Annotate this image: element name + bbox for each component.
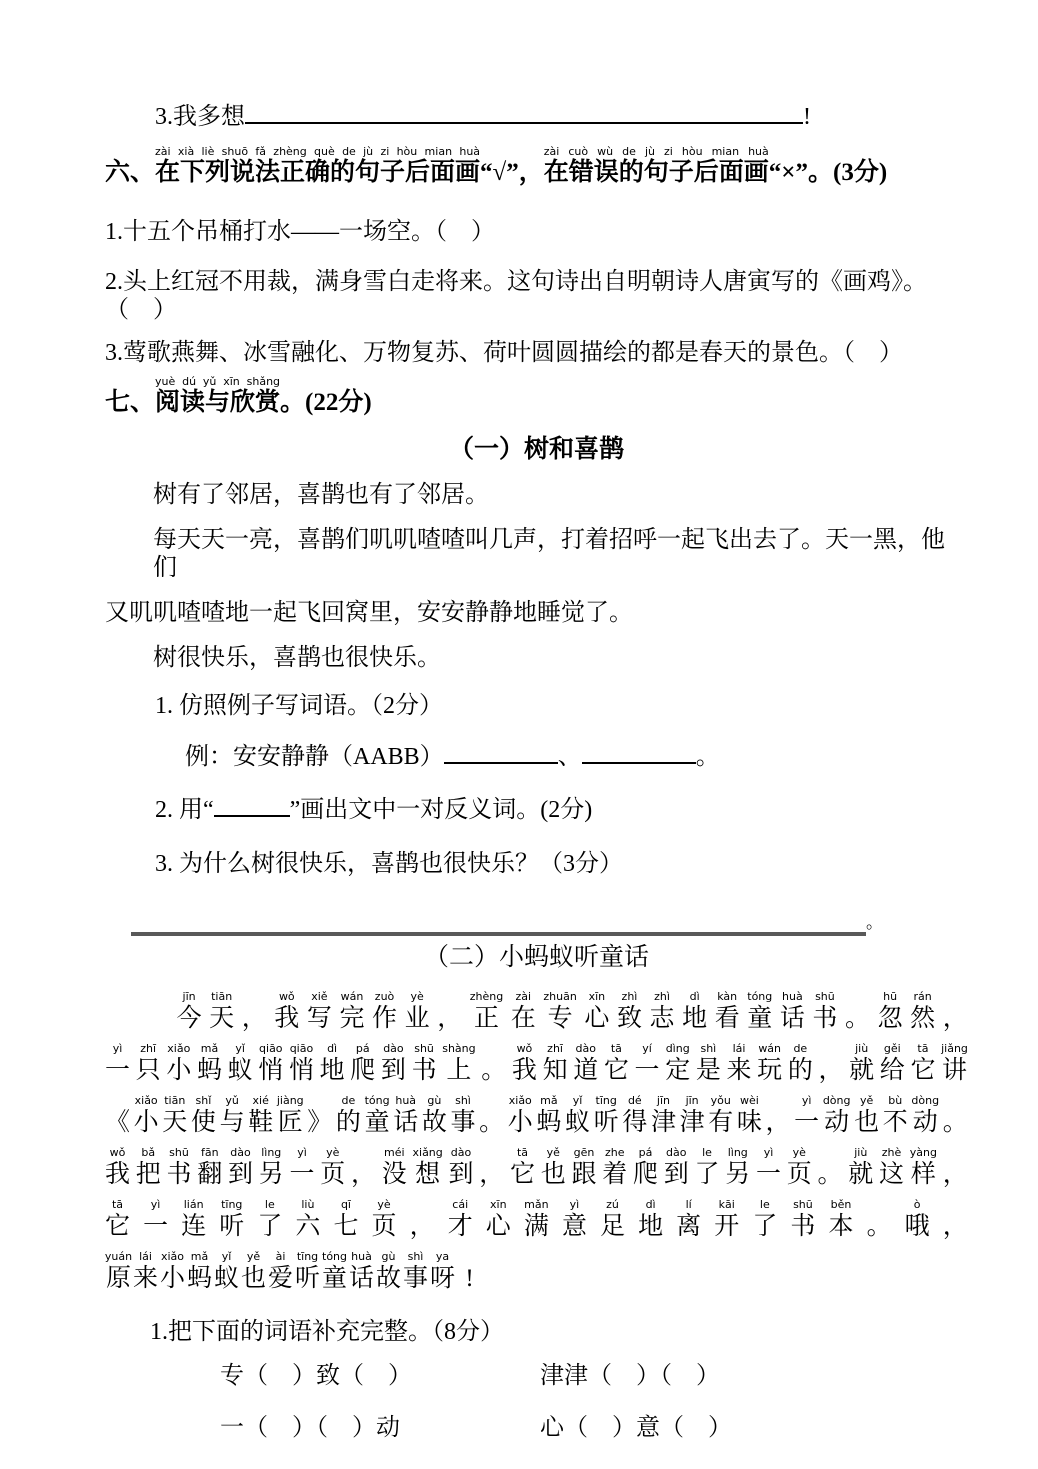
ruby-char: jīn今: [177, 990, 202, 1034]
fill-suffix: !: [803, 104, 811, 130]
ruby-char: xīn心: [584, 990, 609, 1034]
ruby-char: ，: [943, 990, 968, 1034]
ruby-char: yǐ蚁: [565, 1094, 590, 1138]
q2-inline-blank: [214, 793, 290, 817]
ruby-char: tīng听: [594, 1094, 619, 1138]
ruby-char: zhe着: [602, 1146, 627, 1190]
pinyin-annotation: yuè dú yǔ xīn shǎng: [155, 375, 280, 388]
ruby-char: ，: [479, 1146, 504, 1190]
ruby-char: mǎ蚂: [186, 1250, 213, 1294]
ruby-char: dòng动: [823, 1094, 851, 1138]
word-completion-row-2: 一（ ）（ ）动 心（ ）意（ ）: [220, 1414, 968, 1442]
ruby-char: 。: [845, 990, 870, 1034]
word-blank: 专（ ）致（ ）: [220, 1362, 540, 1390]
pinyin-text-line-5: tā它yì一lián连tīng听le了liù六qī七yè页 ，cái才xīn心m…: [105, 1198, 968, 1242]
example-blank-1: [444, 740, 558, 764]
ruby-char: gù故: [375, 1250, 402, 1294]
ruby-char: cái才: [448, 1198, 473, 1242]
ruby-char: dé得: [622, 1094, 647, 1138]
ruby-char: xiǎo小: [166, 1042, 191, 1086]
ruby-char: yǐ蚁: [228, 1042, 253, 1086]
ruby-char: dì地: [320, 1042, 345, 1086]
ruby-char: ，: [242, 990, 267, 1034]
q2-suffix: ”画出文中一对反义词。(2分): [290, 797, 593, 823]
ruby-char: xiǎo小: [508, 1094, 533, 1138]
ruby-char: xiě写: [307, 990, 332, 1034]
section-7-heading: 七、 yuè dú yǔ xīn shǎng 阅读与欣赏 。(22分): [105, 375, 968, 418]
example-separator: 、: [558, 744, 582, 770]
example-blank-2: [582, 740, 696, 764]
ruby-char: jīn津: [651, 1094, 676, 1138]
ruby-char: yì一: [290, 1146, 315, 1190]
ruby-char: yì一: [756, 1146, 781, 1190]
ruby-char: le了: [695, 1146, 720, 1190]
ruby-char: tā它: [910, 1042, 935, 1086]
ruby-char: le了: [752, 1198, 777, 1242]
reading-2-title: （二）小蚂蚁听童话: [105, 944, 968, 972]
cross-mark-text: “×”。(3分): [769, 158, 887, 188]
ruby-char: yè页: [787, 1146, 812, 1190]
ruby-char: tiān天: [209, 990, 234, 1034]
ruby-char: qiāo悄: [289, 1042, 314, 1086]
ruby-char: jiǎng讲: [941, 1042, 968, 1086]
ruby-char: lìng另: [259, 1146, 284, 1190]
ruby-char: hū忽: [878, 990, 903, 1034]
ruby-char: huà话: [393, 1094, 418, 1138]
ruby-char: zhī只: [136, 1042, 161, 1086]
ruby-char: yí一: [635, 1042, 660, 1086]
ruby-char: shǐ使: [191, 1094, 216, 1138]
ruby-char: shū书: [812, 990, 837, 1034]
ruby-char: tiān天: [162, 1094, 187, 1138]
section-6-number: 六、: [105, 158, 155, 188]
ruby-char: le了: [257, 1198, 282, 1242]
answer-blank-line: [245, 100, 803, 124]
ruby-char: lián连: [181, 1198, 206, 1242]
ruby-char: pá爬: [633, 1146, 658, 1190]
check-mark-text: “√”，: [480, 158, 544, 188]
ruby-char: ，: [410, 1198, 435, 1242]
pinyin-text-line-3: 《xiǎo小tiān天shǐ使yǔ与xié鞋jiàng匠 》de的tóng童hu…: [105, 1094, 968, 1138]
ruby-char: ，: [437, 990, 462, 1034]
passage-line: 树很快乐，喜鹊也很快乐。: [105, 644, 968, 672]
ruby-char: xiǎo小: [134, 1094, 159, 1138]
ruby-char: yǒu有: [708, 1094, 733, 1138]
ruby-char: 。: [481, 1042, 506, 1086]
ruby-char: lái来: [132, 1250, 159, 1294]
ruby-char: 。: [943, 1094, 968, 1138]
ruby-char: gù故: [422, 1094, 447, 1138]
pinyin-text-line-1: jīn今tiān天 ，wǒ我xiě写wán完zuò作yè业 ，zhèng正zài…: [105, 990, 968, 1034]
ruby-char: !: [456, 1250, 483, 1294]
ruby-char: yì意: [562, 1198, 587, 1242]
ruby-char: yì一: [105, 1042, 130, 1086]
ruby-char: pá爬: [350, 1042, 375, 1086]
ruby-char: de的: [336, 1094, 361, 1138]
section-6-phrase-2: zài cuò wù de jù zi hòu mian huà 在错误的句子后…: [544, 145, 769, 188]
ruby-char: ，: [766, 1094, 791, 1138]
ruby-char: fān翻: [197, 1146, 222, 1190]
reading-1-question-2: 2. 用“”画出文中一对反义词。(2分): [155, 793, 968, 824]
ruby-char: xīn心: [486, 1198, 511, 1242]
ruby-char: mǎ蚂: [197, 1042, 222, 1086]
paragraph-indent: [105, 990, 169, 1034]
ruby-char: yè页: [372, 1198, 397, 1242]
passage-line: 每天天一亮，喜鹊们叽叽喳喳叫几声，打着招呼一起飞出去了。天一黑，他们: [105, 526, 968, 582]
ruby-char: yè页: [320, 1146, 345, 1190]
ruby-char: huà话: [348, 1250, 375, 1294]
ruby-char: ò哦: [905, 1198, 930, 1242]
section-7-phrase: yuè dú yǔ xīn shǎng 阅读与欣赏: [155, 375, 280, 418]
ruby-char: wǒ我: [105, 1146, 130, 1190]
ruby-char: méi没: [382, 1146, 407, 1190]
ruby-char: tóng童: [365, 1094, 390, 1138]
ruby-char: jīn津: [680, 1094, 705, 1138]
ruby-char: mǎ蚂: [536, 1094, 561, 1138]
reading-1-question-3: 3. 为什么树很快乐，喜鹊也很快乐？（3分）: [155, 850, 968, 878]
ruby-char: kāi开: [714, 1198, 739, 1242]
example-end: 。: [696, 744, 720, 770]
ruby-char: dào到: [664, 1146, 689, 1190]
ruby-char: dào到: [449, 1146, 474, 1190]
word-blank: 一（ ）（ ）动: [220, 1414, 540, 1442]
ruby-char: shì是: [696, 1042, 721, 1086]
q2-prefix: 2. 用“: [155, 797, 214, 823]
ruby-char: yàng样: [910, 1146, 937, 1190]
ruby-char: shū书: [412, 1042, 437, 1086]
ruby-char: liù六: [295, 1198, 320, 1242]
ruby-char: tā它: [105, 1198, 130, 1242]
reading-1-question-1: 1. 仿照例子写词语。（2分）: [155, 692, 968, 720]
ruby-char: xiǎo小: [159, 1250, 186, 1294]
answer-line: 。: [105, 908, 968, 926]
judgement-item-2: 2.头上红冠不用裁，满身雪白走将来。这句诗出自明朝诗人唐寅写的《画鸡》。（ ）: [105, 268, 968, 324]
exam-paper: { "colors": {"background": "#ffffff", "t…: [0, 0, 1038, 1469]
judgement-item-1: 1.十五个吊桶打水——一场空。（ ）: [105, 218, 968, 246]
ruby-char: 。: [818, 1146, 843, 1190]
ruby-char: zhè这: [879, 1146, 904, 1190]
ruby-char: zhì志: [650, 990, 675, 1034]
word-completion-row-1: 专（ ）致（ ） 津津（ ）（ ）: [220, 1362, 968, 1390]
ruby-char: jiù就: [848, 1146, 873, 1190]
answer-line-period: 。: [866, 913, 883, 932]
ruby-char: qiāo悄: [258, 1042, 283, 1086]
ruby-char: shàng上: [442, 1042, 475, 1086]
ruby-char: huà话: [780, 990, 805, 1034]
ruby-char: shì事: [402, 1250, 429, 1294]
ruby-char: ，: [943, 1198, 968, 1242]
ruby-char: lái来: [727, 1042, 752, 1086]
ruby-char: zhī知: [543, 1042, 568, 1086]
ruby-char: tā它: [510, 1146, 535, 1190]
ruby-char: dào到: [228, 1146, 253, 1190]
pinyin-text-line-6: yuán原lái来xiǎo小mǎ蚂yǐ蚁yě也ài爱tīng听tóng童huà话…: [105, 1250, 968, 1294]
passage-line: 树有了邻居，喜鹊也有了邻居。: [105, 481, 968, 509]
ruby-char: yě也: [854, 1094, 879, 1138]
ruby-char: ，: [351, 1146, 376, 1190]
ruby-char: zhì致: [617, 990, 642, 1034]
ruby-char: zài在: [511, 990, 536, 1034]
ruby-char: yǔ与: [220, 1094, 245, 1138]
ruby-char: gěi给: [880, 1042, 905, 1086]
ruby-char: zhèng正: [470, 990, 503, 1034]
section-7-number: 七、: [105, 388, 155, 418]
ruby-char: dòng动: [911, 1094, 939, 1138]
ruby-char: bǎ把: [136, 1146, 161, 1190]
ruby-char: zú足: [600, 1198, 625, 1242]
ruby-char: yè业: [405, 990, 430, 1034]
section-6-heading: 六、 zài xià liè shuō fǎ zhèng què de jù z…: [105, 145, 968, 188]
reading-2-question-1: 1.把下面的词语补充完整。（8分）: [150, 1318, 968, 1346]
ruby-char: dì地: [638, 1198, 663, 1242]
answer-rule-line: [131, 920, 866, 936]
reading-1-example: 例：安安静静（AABB）、。: [185, 740, 968, 771]
ruby-char: lìng另: [725, 1146, 750, 1190]
ruby-char: wèi味: [737, 1094, 762, 1138]
ruby-char: tóng童: [747, 990, 772, 1034]
pinyin-text-line-2: yì一zhī只xiǎo小mǎ蚂yǐ蚁qiāo悄qiāo悄dì地pá爬dào到sh…: [105, 1042, 968, 1086]
ruby-char: shū书: [790, 1198, 815, 1242]
ruby-char: tā它: [604, 1042, 629, 1086]
word-blank: 津津（ ）（ ）: [540, 1362, 720, 1390]
ruby-char: 《: [105, 1094, 130, 1138]
phrase-text: 在错误的句子后面画: [544, 158, 769, 188]
reading-1-title: （一）树和喜鹊: [105, 436, 968, 464]
ruby-char: zuò作: [372, 990, 397, 1034]
ruby-char: zhuān专: [543, 990, 576, 1034]
section-6-phrase-1: zài xià liè shuō fǎ zhèng què de jù zi h…: [155, 145, 480, 188]
ruby-char: yì一: [794, 1094, 819, 1138]
ruby-char: yě也: [541, 1146, 566, 1190]
ruby-char: yǐ蚁: [213, 1250, 240, 1294]
ruby-char: wǒ我: [274, 990, 299, 1034]
judgement-item-3: 3.莺歌燕舞、冰雪融化、万物复苏、荷叶圆圆描绘的都是春天的景色。（ ）: [105, 339, 968, 367]
ruby-char: wǒ我: [512, 1042, 537, 1086]
ruby-char: yì一: [143, 1198, 168, 1242]
ruby-char: běn本: [828, 1198, 853, 1242]
ruby-char: 。: [867, 1198, 892, 1242]
ruby-char: gēn跟: [572, 1146, 597, 1190]
ruby-char: qī七: [333, 1198, 358, 1242]
ruby-char: ，: [943, 1146, 968, 1190]
ruby-char: yuán原: [105, 1250, 132, 1294]
ruby-char: mǎn满: [524, 1198, 549, 1242]
ruby-char: tīng听: [294, 1250, 321, 1294]
section-7-score: 。(22分): [280, 388, 372, 418]
ruby-char: lí离: [676, 1198, 701, 1242]
phrase-text: 在下列说法正确的句子后面画: [155, 158, 480, 188]
fill-prefix: 3.我多想: [155, 104, 245, 130]
ruby-char: tóng童: [321, 1250, 348, 1294]
pinyin-text-line-4: wǒ我bǎ把shū书fān翻dào到lìng另yì一yè页 ，méi没xiǎng…: [105, 1146, 968, 1190]
ruby-char: 》: [307, 1094, 332, 1138]
ruby-char: rán然: [910, 990, 935, 1034]
ruby-char: jiù就: [849, 1042, 874, 1086]
ruby-char: ，: [818, 1042, 843, 1086]
ruby-char: dào到: [381, 1042, 406, 1086]
reading-1-passage: 树有了邻居，喜鹊也有了邻居。 每天天一亮，喜鹊们叽叽喳喳叫几声，打着招呼一起飞出…: [105, 481, 968, 672]
fill-in-sentence-3: 3.我多想!: [155, 100, 968, 131]
ruby-char: de的: [788, 1042, 813, 1086]
ruby-char: dìng定: [665, 1042, 690, 1086]
ruby-char: kàn看: [715, 990, 740, 1034]
ruby-char: shū书: [167, 1146, 192, 1190]
ruby-char: ài爱: [267, 1250, 294, 1294]
ruby-char: 。: [479, 1094, 504, 1138]
ruby-char: dì地: [682, 990, 707, 1034]
ruby-char: dào道: [573, 1042, 598, 1086]
phrase-text: 阅读与欣赏: [155, 388, 280, 418]
ruby-char: xié鞋: [248, 1094, 273, 1138]
ruby-char: yě也: [240, 1250, 267, 1294]
ruby-char: shì事: [450, 1094, 475, 1138]
ruby-char: bù不: [883, 1094, 908, 1138]
example-prefix: 例：安安静静（AABB）: [185, 744, 444, 770]
ruby-char: wán完: [339, 990, 364, 1034]
ruby-char: tīng听: [219, 1198, 244, 1242]
word-blank: 心（ ）意（ ）: [540, 1414, 732, 1442]
ruby-char: xiǎng想: [413, 1146, 443, 1190]
ruby-char: wán玩: [757, 1042, 782, 1086]
ruby-char: ya呀: [429, 1250, 456, 1294]
pinyin-annotation: zài cuò wù de jù zi hòu mian huà: [544, 145, 769, 158]
ruby-char: jiàng匠: [277, 1094, 304, 1138]
passage-line: 又叽叽喳喳地一起飞回窝里，安安静静地睡觉了。: [105, 599, 968, 627]
pinyin-annotation: zài xià liè shuō fǎ zhèng què de jù zi h…: [155, 145, 480, 158]
